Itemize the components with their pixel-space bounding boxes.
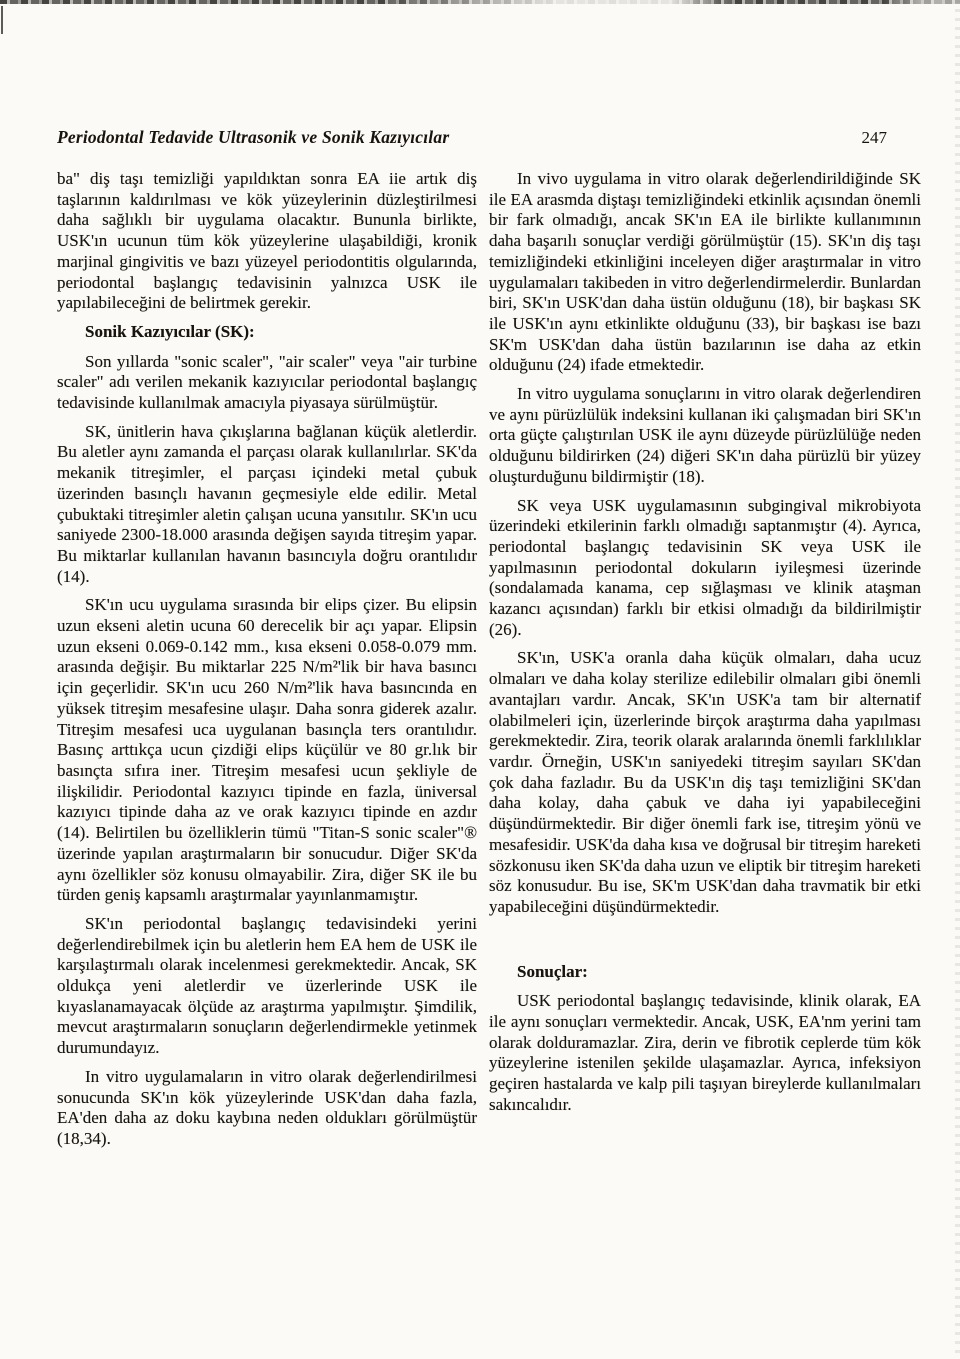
paragraph: In vitro uygulamaların in vitro olarak d…: [57, 1067, 477, 1150]
paragraph: Son yıllarda "sonic scaler", "air scaler…: [57, 352, 477, 414]
paragraph: SK'ın, USK'a oranla daha küçük olmaları,…: [489, 648, 921, 917]
scanned-paper-page: { "page": { "background_color": "#fbfaf6…: [0, 0, 960, 1359]
paragraph-continued-from-previous-page: ba" diş taşı temizliği yapıldıktan sonra…: [57, 169, 477, 314]
paragraph: SK veya USK uygulamasının subgingival mi…: [489, 496, 921, 641]
scan-margin-tick: [1, 6, 3, 34]
section-heading-conclusions: Sonuçlar:: [489, 962, 921, 983]
page-header: Periodontal Tedavide Ultrasonik ve Sonik…: [57, 127, 887, 148]
page-body: ba" diş taşı temizliği yapıldıktan sonra…: [57, 169, 921, 1158]
scan-right-edge-noise: [955, 0, 960, 1359]
scan-edge-artifact: [0, 0, 960, 4]
paragraph: In vivo uygulama in vitro olarak değerle…: [489, 169, 921, 376]
paragraph: SK, ünitlerin hava çıkışlarına bağlanan …: [57, 422, 477, 588]
page-number: 247: [862, 128, 888, 148]
running-title: Periodontal Tedavide Ultrasonik ve Sonik…: [57, 127, 449, 148]
section-heading-sonic-scalers: Sonik Kazıyıcılar (SK):: [57, 322, 477, 343]
paragraph: SK'ın periodontal başlangıç tedavisindek…: [57, 914, 477, 1059]
left-column: ba" diş taşı temizliği yapıldıktan sonra…: [57, 169, 477, 1158]
paragraph: SK'ın ucu uygulama sırasında bir elips ç…: [57, 595, 477, 906]
right-column: In vivo uygulama in vitro olarak değerle…: [489, 169, 921, 1158]
paragraph: In vitro uygulama sonuçlarını in vitro o…: [489, 384, 921, 488]
paragraph-conclusions: USK periodontal başlangıç tedavisinde, k…: [489, 991, 921, 1115]
